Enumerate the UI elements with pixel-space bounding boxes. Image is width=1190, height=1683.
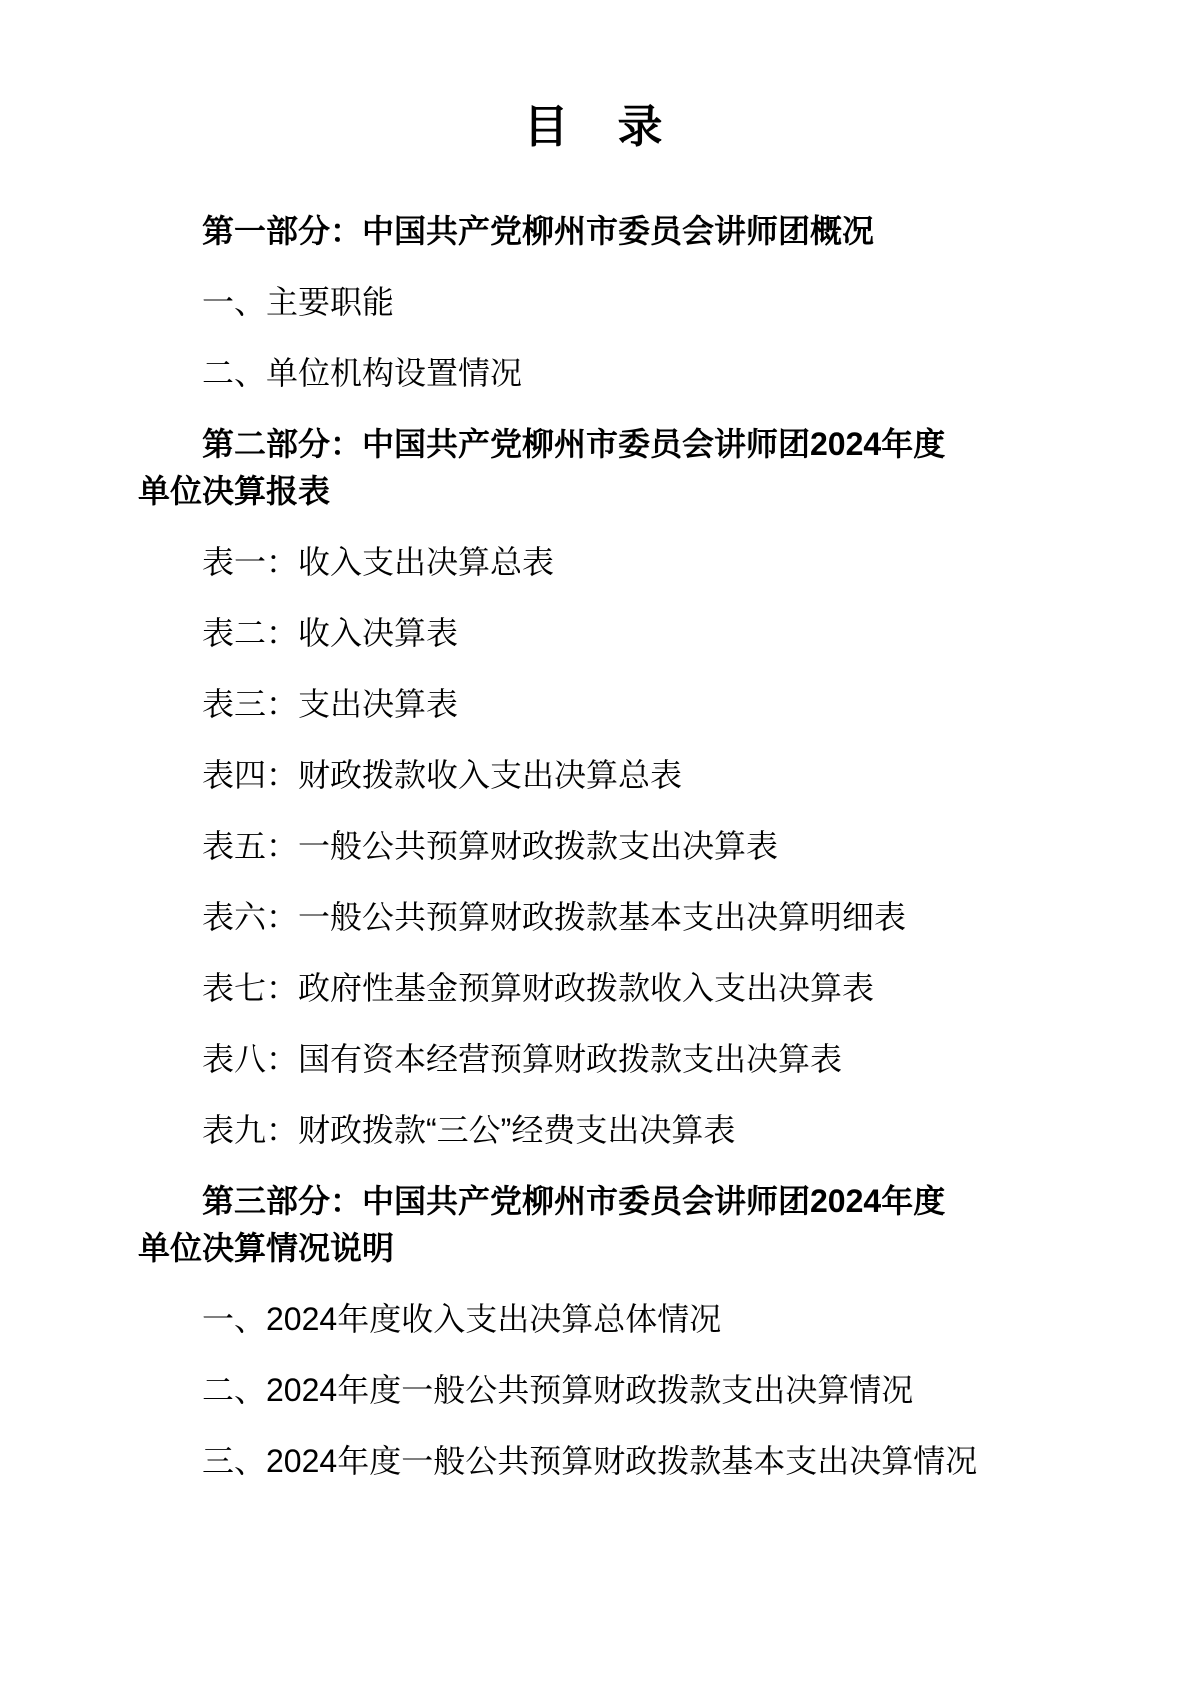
- page-title: 目 录: [138, 92, 1050, 162]
- toc-item-table-8: 表八：国有资本经营预算财政拨款支出决算表: [138, 1036, 1050, 1083]
- section-1-heading: 第一部分：中国共产党柳州市委员会讲师团概况: [138, 208, 1050, 255]
- toc-item-table-2: 表二：收入决算表: [138, 610, 1050, 657]
- toc-item-note-2: 二、2024年度一般公共预算财政拨款支出决算情况: [138, 1367, 1050, 1414]
- toc-item-table-7: 表七：政府性基金预算财政拨款收入支出决算表: [138, 965, 1050, 1012]
- toc-item-table-4: 表四：财政拨款收入支出决算总表: [138, 752, 1050, 799]
- section-2-heading-line-2: 单位决算报表: [138, 468, 1050, 515]
- toc-item-note-3: 三、2024年度一般公共预算财政拨款基本支出决算情况: [138, 1438, 1050, 1485]
- toc-page: 目 录 第一部分：中国共产党柳州市委员会讲师团概况 一、主要职能 二、单位机构设…: [0, 0, 1190, 1683]
- toc-item-table-1: 表一：收入支出决算总表: [138, 539, 1050, 586]
- section-2-heading-line-1: 第二部分：中国共产党柳州市委员会讲师团2024年度: [138, 421, 1050, 468]
- toc-item-note-1: 一、2024年度收入支出决算总体情况: [138, 1296, 1050, 1343]
- toc-item-org-structure: 二、单位机构设置情况: [138, 350, 1050, 397]
- toc-item-table-9: 表九：财政拨款“三公”经费支出决算表: [138, 1107, 1050, 1154]
- section-3-heading: 第三部分：中国共产党柳州市委员会讲师团2024年度 单位决算情况说明: [138, 1178, 1050, 1272]
- toc-item-table-6: 表六：一般公共预算财政拨款基本支出决算明细表: [138, 894, 1050, 941]
- toc-item-table-3: 表三：支出决算表: [138, 681, 1050, 728]
- section-3-heading-line-1: 第三部分：中国共产党柳州市委员会讲师团2024年度: [138, 1178, 1050, 1225]
- section-1-heading-line-1: 第一部分：中国共产党柳州市委员会讲师团概况: [138, 208, 1050, 255]
- section-3-heading-line-2: 单位决算情况说明: [138, 1225, 1050, 1272]
- toc-item-main-functions: 一、主要职能: [138, 279, 1050, 326]
- toc-item-table-5: 表五：一般公共预算财政拨款支出决算表: [138, 823, 1050, 870]
- section-2-heading: 第二部分：中国共产党柳州市委员会讲师团2024年度 单位决算报表: [138, 421, 1050, 515]
